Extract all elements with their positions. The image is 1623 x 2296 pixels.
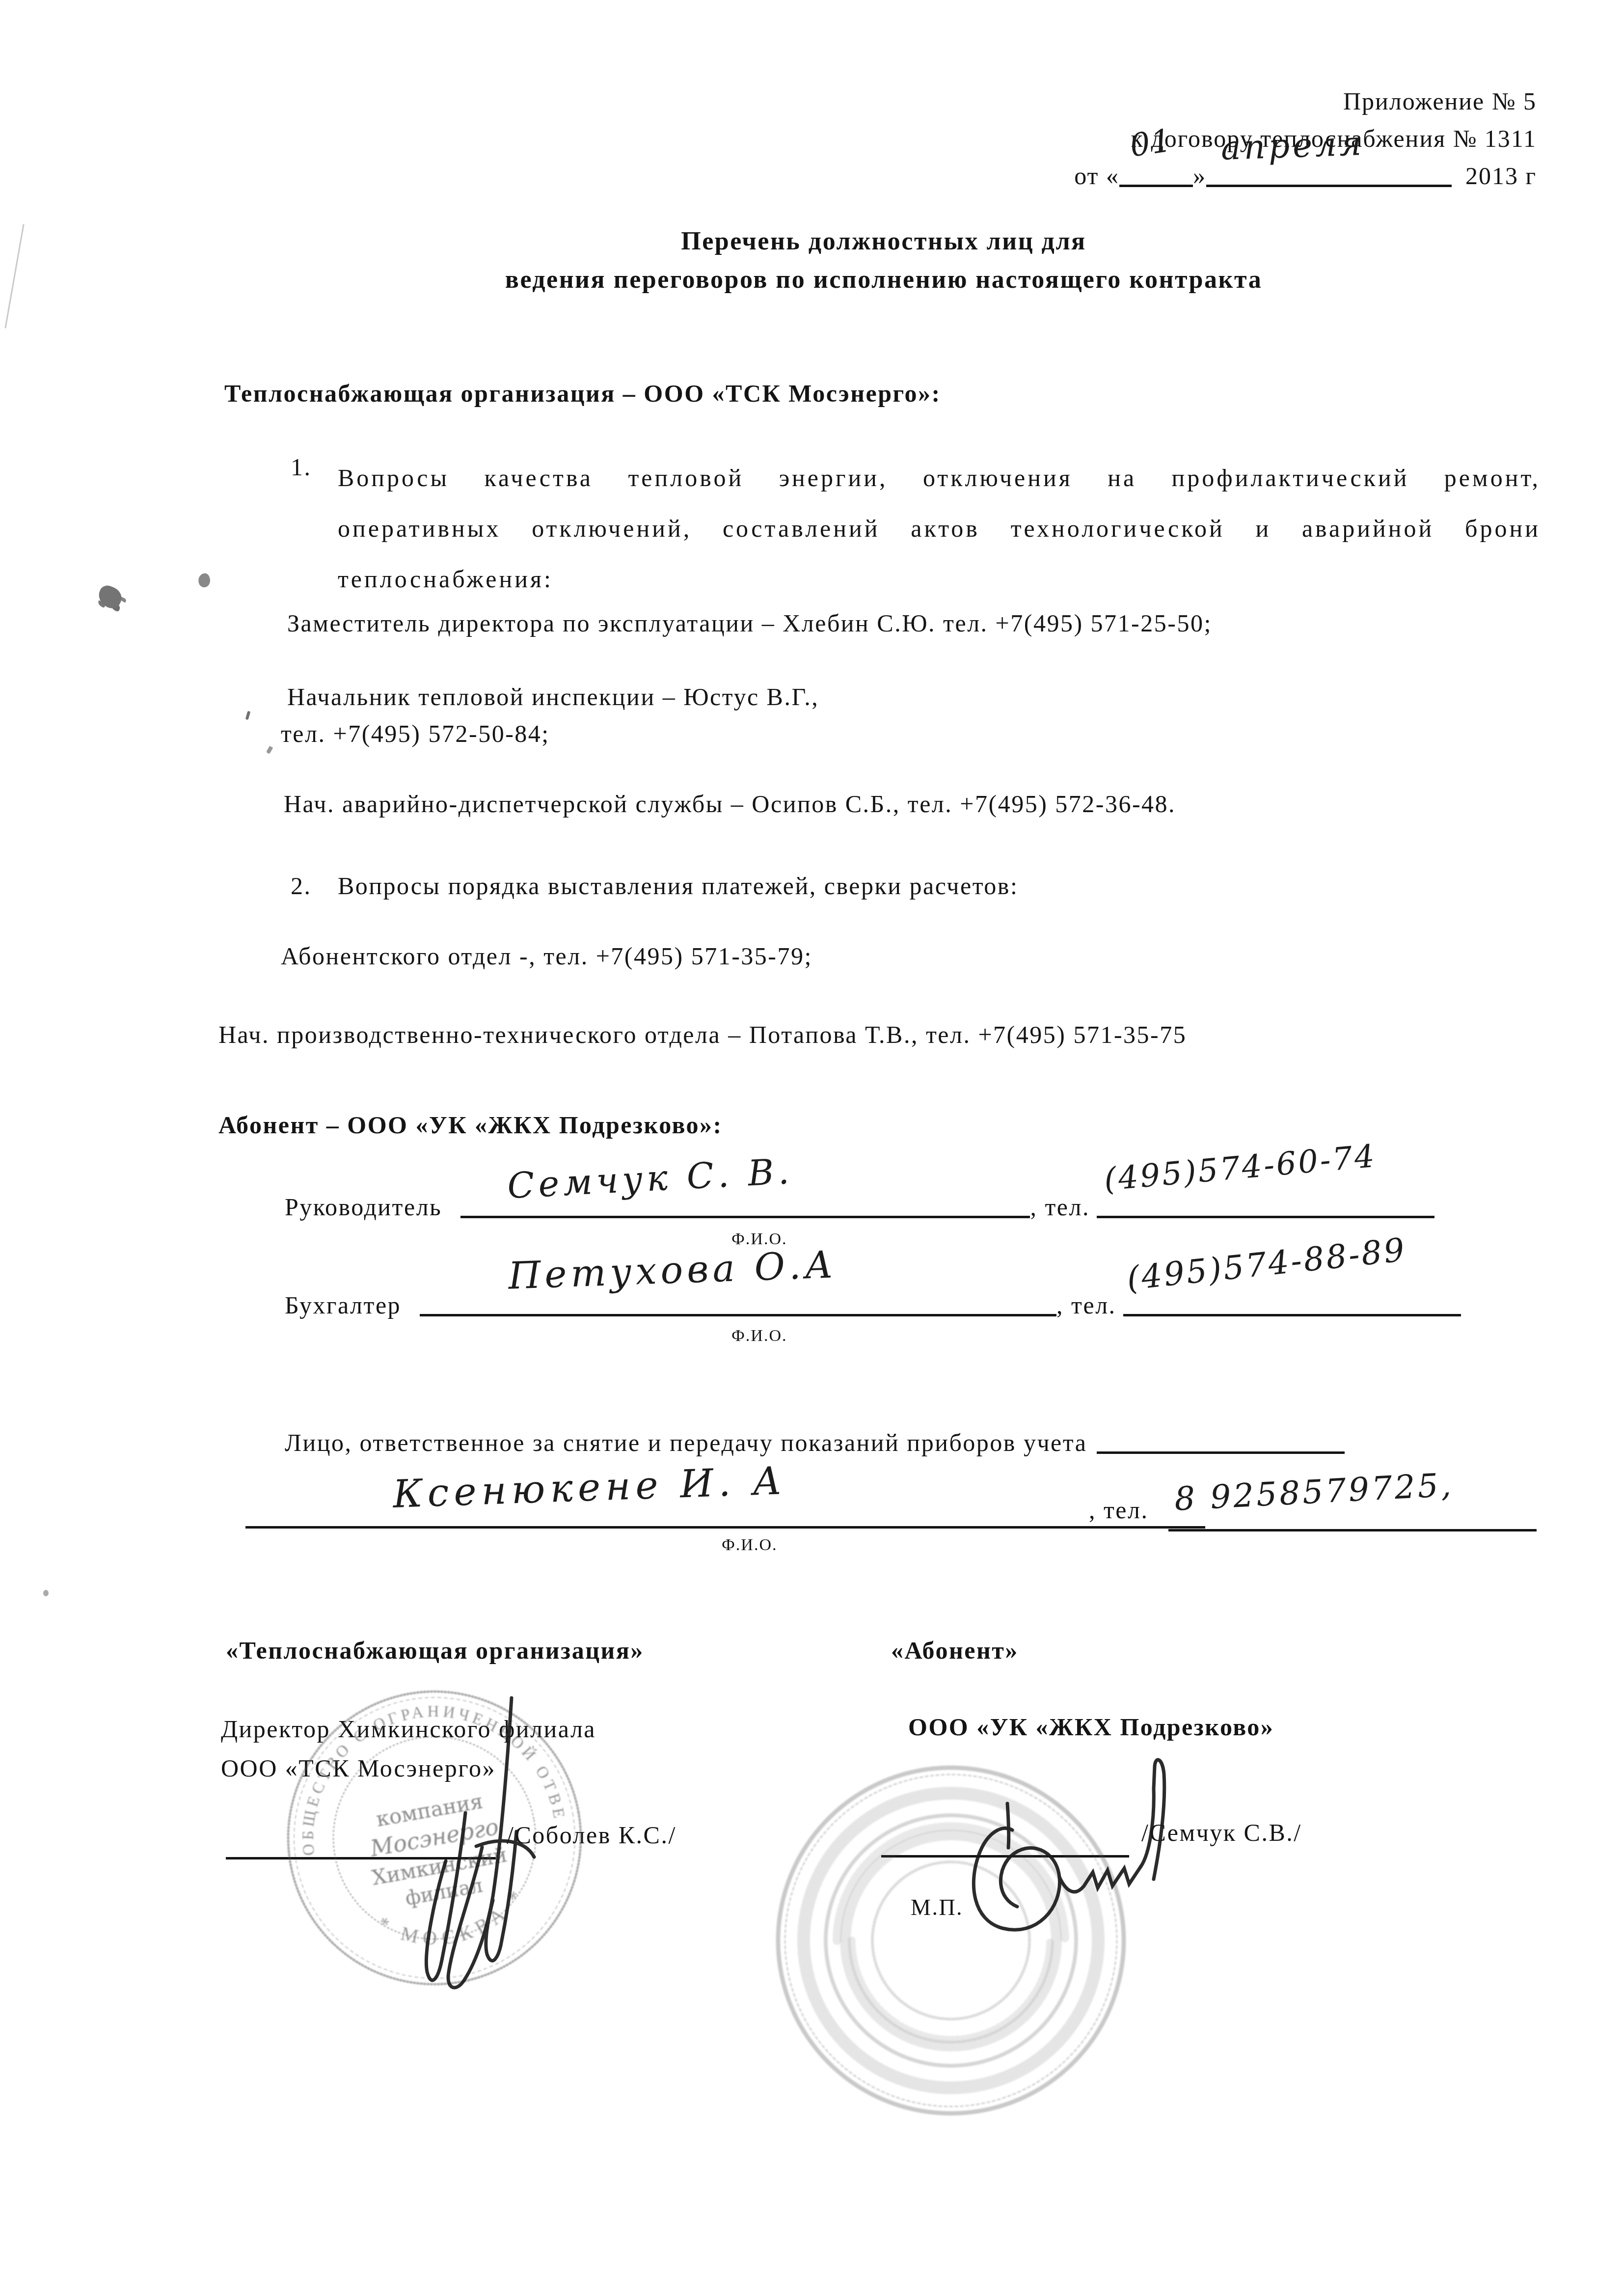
signoff-right-company: ООО «УК «ЖКХ Подрезково» [908, 1713, 1274, 1741]
date-line: от «01»апреля2013 г [1074, 157, 1537, 194]
accountant-name-handwritten: Петухова О.А [508, 1242, 838, 1297]
scan-comma-mark [266, 746, 273, 754]
date-month-handwritten: апреля [1220, 125, 1365, 167]
contact-inspection-head: Начальник тепловой инспекции – Юстус В.Г… [287, 683, 819, 711]
manager-row: РуководительСемчук С. В., тел.(495)574-6… [285, 1188, 1434, 1221]
manager-label: Руководитель [285, 1193, 442, 1221]
scan-smudge-small [197, 573, 211, 588]
date-day-blank: 01 [1119, 157, 1193, 187]
abonent-heading: Абонент – ООО «УК «ЖКХ Подрезково»: [218, 1111, 723, 1139]
document-header: Приложение № 5 к договору теплоснабжения… [1074, 82, 1537, 194]
scan-smudge-large [95, 583, 125, 611]
manager-tel-label: , тел. [1030, 1193, 1090, 1221]
meter-tel-label: , тел. [1089, 1496, 1149, 1524]
document-title-line1: Перечень должностных лиц для [245, 227, 1522, 256]
scanned-document-page: Приложение № 5 к договору теплоснабжения… [0, 0, 1623, 2296]
manager-phone-handwritten: (495)574-60-74 [1103, 1138, 1378, 1198]
item2-text: Вопросы порядка выставления платежей, св… [338, 872, 1018, 900]
contact-technical-dept: Нач. производственно-технического отдела… [218, 1020, 1187, 1049]
item1-number: 1. [291, 453, 312, 481]
date-day-handwritten: 01 [1128, 122, 1174, 164]
meter-name-handwritten: Ксенюкене И. А [392, 1459, 787, 1517]
right-signature [928, 1746, 1213, 1991]
item2-number: 2. [291, 872, 312, 900]
meter-phone-line [1168, 1529, 1537, 1531]
appendix-number: Приложение № 5 [1074, 82, 1537, 120]
left-signature [388, 1684, 594, 2008]
meter-fio-caption: Ф.И.О. [722, 1536, 777, 1555]
meter-person-row: Лицо, ответственное за снятие и передачу… [285, 1424, 1345, 1457]
scan-dot-left-margin [43, 1590, 49, 1596]
accountant-tel-label: , тел. [1056, 1291, 1116, 1319]
accountant-fio-caption: Ф.И.О. [731, 1327, 787, 1345]
manager-name-blank: Семчук С. В. [460, 1188, 1030, 1218]
supplier-heading: Теплоснабжающая организация – ООО «ТСК М… [224, 379, 941, 408]
contact-subscriber-dept: Абонентского отдел -, тел. +7(495) 571-3… [281, 942, 812, 970]
contact-deputy-director: Заместитель директора по эксплуатации – … [287, 609, 1212, 637]
accountant-phone-handwritten: (495)574-88-89 [1125, 1230, 1408, 1297]
date-quote: » [1193, 162, 1206, 190]
contact-inspection-phone: тел. +7(495) 572-50-84; [281, 719, 550, 748]
signoff-left-heading: «Теплоснабжающая организация» [226, 1636, 644, 1665]
date-prefix: от « [1074, 162, 1119, 190]
document-title-line2: ведения переговоров по исполнению настоя… [245, 265, 1522, 294]
meter-name-line [245, 1526, 1205, 1529]
item1-text: Вопросы качества тепловой энергии, отклю… [338, 453, 1541, 604]
accountant-label: Бухгалтер [285, 1291, 401, 1319]
date-month-blank: апреля [1206, 157, 1452, 187]
accountant-name-blank: Петухова О.А [420, 1286, 1056, 1316]
scan-scratch-top-left [4, 224, 24, 328]
meter-person-label: Лицо, ответственное за снятие и передачу… [285, 1429, 1087, 1456]
signoff-right-heading: «Абонент» [891, 1636, 1019, 1665]
date-year: 2013 г [1465, 162, 1537, 190]
contact-dispatch-head: Нач. аварийно-диспетчерской службы – Оси… [284, 790, 1176, 818]
scan-tick-mark [245, 711, 251, 720]
accountant-phone-blank: (495)574-88-89 [1123, 1286, 1461, 1316]
accountant-row: БухгалтерПетухова О.А, тел.(495)574-88-8… [285, 1286, 1461, 1319]
manager-name-handwritten: Семчук С. В. [507, 1150, 794, 1206]
meter-person-trailing-blank [1097, 1424, 1345, 1454]
meter-phone-handwritten: 8 9258579725, [1173, 1466, 1454, 1518]
manager-phone-blank: (495)574-60-74 [1097, 1188, 1434, 1218]
